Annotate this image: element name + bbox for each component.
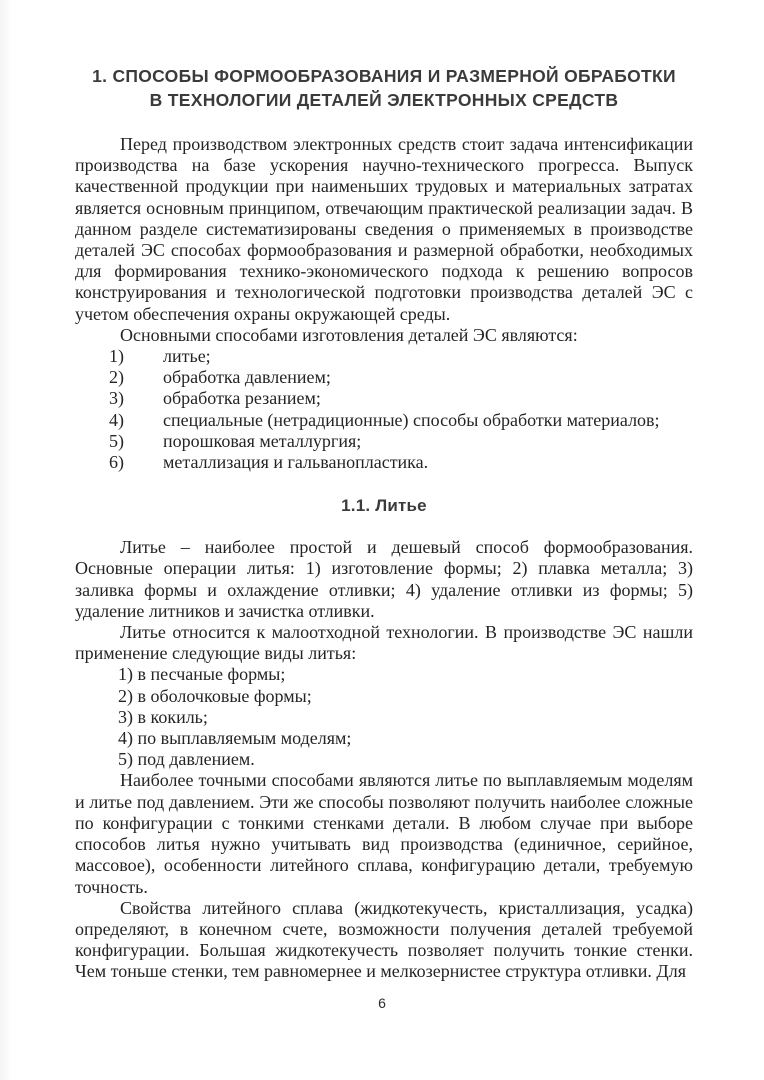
document-page: 1. СПОСОБЫ ФОРМООБРАЗОВАНИЯ И РАЗМЕРНОЙ … <box>0 0 764 1080</box>
casting-types-list: 1) в песчаные формы; 2) в оболочковые фо… <box>75 664 693 770</box>
list-item-label: специальные (нетрадиционные) способы обр… <box>163 410 660 430</box>
page-number: 6 <box>0 995 764 1011</box>
chapter-title-line1: 1. СПОСОБЫ ФОРМООБРАЗОВАНИЯ И РАЗМЕРНОЙ … <box>75 64 693 88</box>
list-item: 1)литье; <box>75 346 693 367</box>
methods-list: 1)литье; 2)обработка давлением; 3)обрабо… <box>75 346 693 473</box>
list-item-number: 3) <box>109 388 163 409</box>
page-content: 1. СПОСОБЫ ФОРМООБРАЗОВАНИЯ И РАЗМЕРНОЙ … <box>75 64 693 983</box>
list-item: 5) под давлением. <box>75 749 693 770</box>
list-item-label: порошковая металлургия; <box>163 431 361 451</box>
list-item-label: обработка резанием; <box>163 388 321 408</box>
casting-paragraph-2: Литье относится к малоотходной технологи… <box>75 622 693 664</box>
list-item-label: литье; <box>163 346 211 366</box>
list-item-label: обработка давлением; <box>163 367 331 387</box>
list-item: 5)порошковая металлургия; <box>75 431 693 452</box>
list-item-label: металлизация и гальванопластика. <box>163 452 428 472</box>
section-heading: 1.1. Литье <box>75 495 693 517</box>
list-item-number: 6) <box>109 452 163 473</box>
casting-paragraph-1: Литье – наиболее простой и дешевый спосо… <box>75 537 693 622</box>
list-item-number: 2) <box>109 367 163 388</box>
list-item-number: 1) <box>109 346 163 367</box>
chapter-title-line2: В ТЕХНОЛОГИИ ДЕТАЛЕЙ ЭЛЕКТРОННЫХ СРЕДСТВ <box>75 88 693 112</box>
methods-list-lead: Основными способами изготовления деталей… <box>75 325 693 346</box>
casting-paragraph-3: Наиболее точными способами являются лить… <box>75 770 693 897</box>
intro-paragraph: Перед производством электронных средств … <box>75 134 693 325</box>
list-item-number: 5) <box>109 431 163 452</box>
casting-paragraph-4: Свойства литейного сплава (жидкотекучест… <box>75 898 693 983</box>
list-item: 4)специальные (нетрадиционные) способы о… <box>75 410 693 431</box>
list-item-number: 4) <box>109 410 163 431</box>
list-item: 2)обработка давлением; <box>75 367 693 388</box>
list-item: 1) в песчаные формы; <box>75 664 693 685</box>
list-item: 3)обработка резанием; <box>75 388 693 409</box>
list-item: 2) в оболочковые формы; <box>75 686 693 707</box>
chapter-title: 1. СПОСОБЫ ФОРМООБРАЗОВАНИЯ И РАЗМЕРНОЙ … <box>75 64 693 112</box>
list-item: 3) в кокиль; <box>75 707 693 728</box>
list-item: 4) по выплавляемым моделям; <box>75 728 693 749</box>
list-item: 6)металлизация и гальванопластика. <box>75 452 693 473</box>
